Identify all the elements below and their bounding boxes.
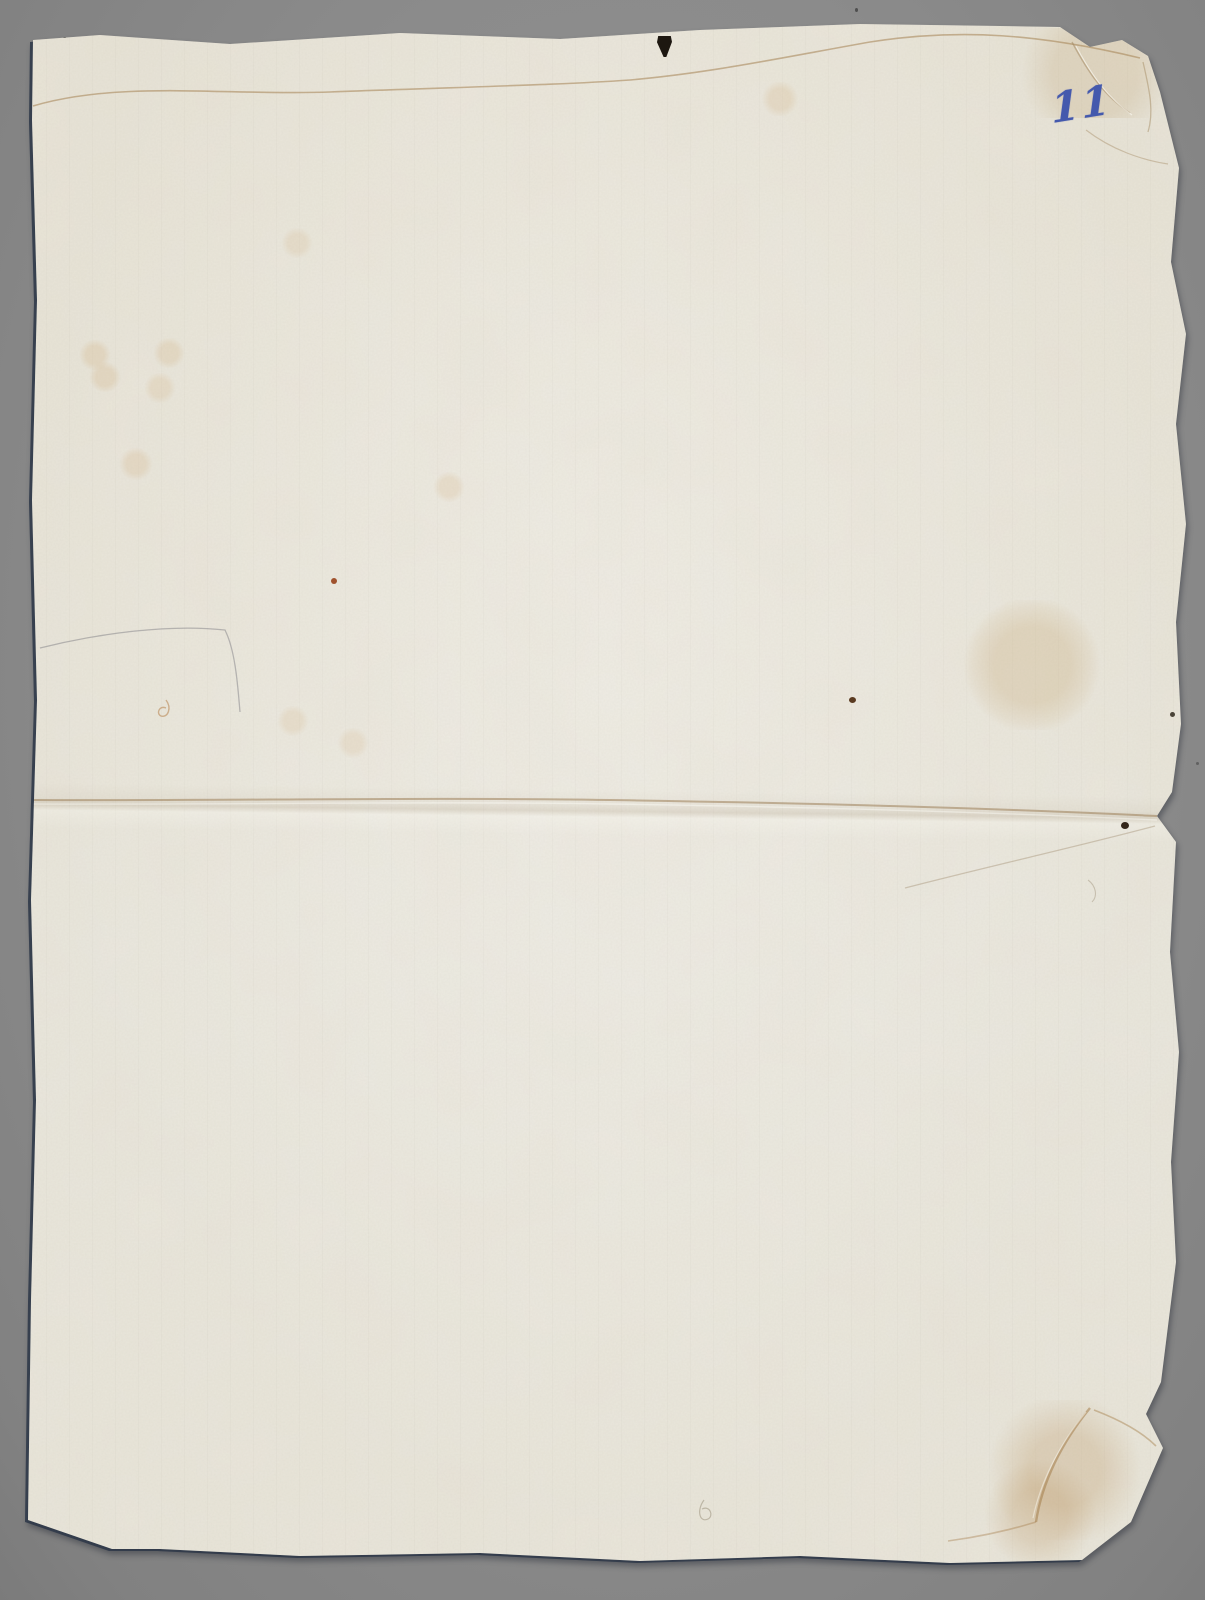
corner-crumple-crease: [1086, 130, 1168, 164]
top-edge-hole: [657, 36, 672, 57]
folio-number: 11: [1050, 79, 1116, 137]
fiber-curl: [700, 1500, 711, 1520]
pencil-curve: [40, 628, 240, 712]
rust-dot: [331, 578, 337, 584]
edge-speck: [1170, 712, 1175, 717]
fiber-curl: [1088, 880, 1095, 902]
document-page: 11: [0, 0, 1205, 1600]
edge-speck: [62, 34, 67, 38]
edge-speck: [48, 30, 57, 36]
center-fold-shading: [0, 782, 1205, 843]
top-fold-crease: [33, 35, 1140, 106]
corner-crumple-crease: [1143, 62, 1151, 132]
document-page-shadow-wrap: 11: [0, 0, 1205, 1600]
ink-dot: [849, 697, 856, 703]
scan-background: 11: [0, 0, 1205, 1600]
edge-dot: [1121, 822, 1129, 829]
corner-damage-crease: [948, 1522, 1036, 1541]
fiber-curl: [159, 700, 169, 716]
corner-damage-crease: [1094, 1410, 1156, 1446]
corner-damage-highlight: [1033, 1412, 1086, 1518]
corner-damage-crease: [1036, 1408, 1090, 1522]
